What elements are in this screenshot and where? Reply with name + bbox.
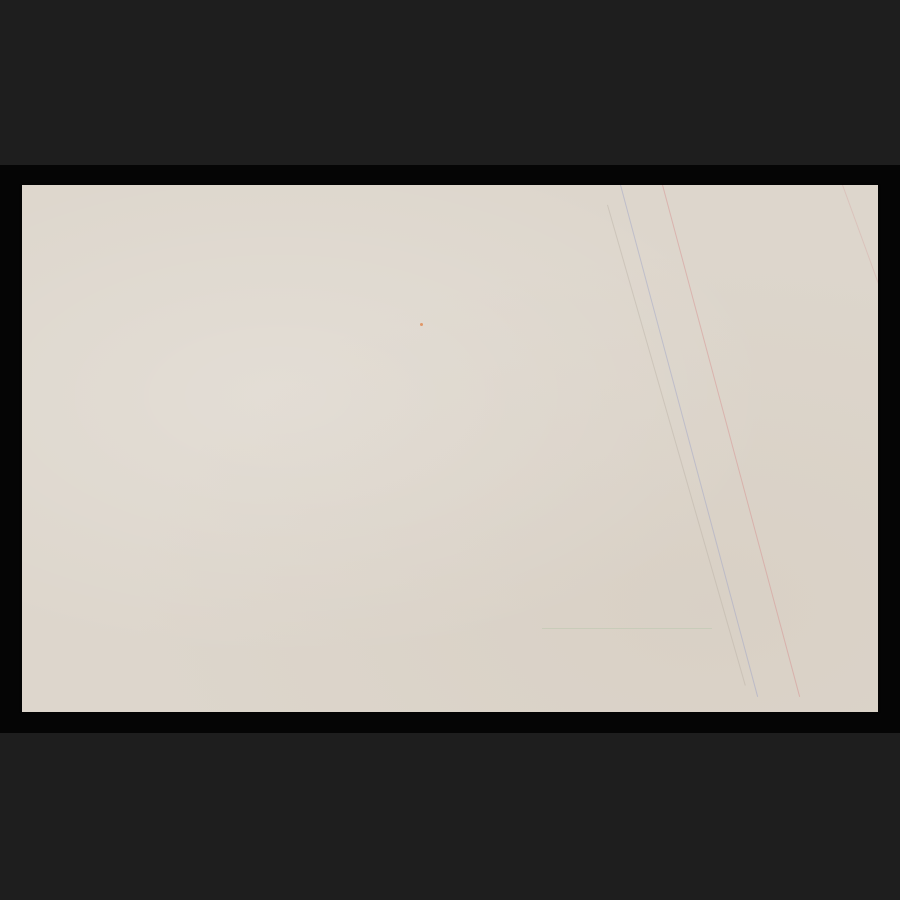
pencil-stroke <box>607 205 746 686</box>
blank-paper-sheet <box>22 185 878 712</box>
pencil-stroke <box>542 628 712 629</box>
dark-surface <box>0 165 900 733</box>
pencil-stroke <box>620 185 758 697</box>
pencil-stroke <box>842 185 878 373</box>
pencil-stroke <box>662 185 800 697</box>
paper-speck <box>420 323 423 326</box>
